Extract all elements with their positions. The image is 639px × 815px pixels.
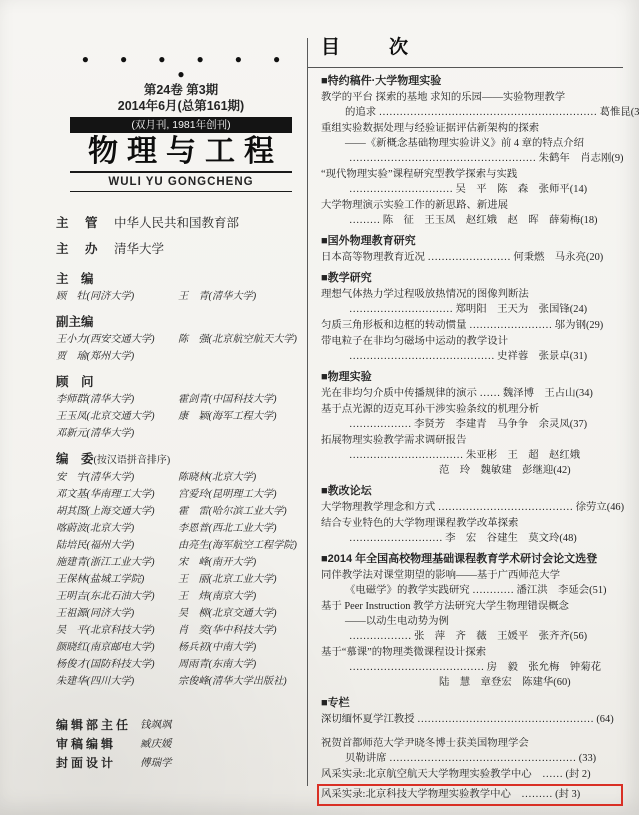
journal-title-pinyin: WULI YU GONGCHENG (70, 171, 292, 192)
member-name: 颜晓红(南京邮电大学) (56, 639, 178, 656)
staff-role-label: 编辑部主任 (56, 716, 140, 735)
member-name: 陈 强(北京航空航天大学) (178, 331, 306, 348)
toc-item: 拓展物理实验教学需求调研报告…………………………… 朱亚彬 王 超 赵红娥范 玲… (321, 433, 623, 478)
toc-line: ……… 陈 征 王玉凤 赵红娥 赵 晖 薛菊梅(18) (349, 213, 623, 228)
toc-item: 重组实验数据处理与经验证据评估新架构的探索——《新概念基础物理实验讲义》前 4 … (321, 121, 623, 166)
toc-item: “现代物理实验”课程研究型教学探索与实践………………………… 吴 平 陈 森 张… (321, 167, 623, 197)
toc-line: 陆 慧 章登宏 陈建华(60) (439, 675, 623, 690)
toc-line: 教学的平台 探索的基地 求知的乐园——实验物理教学 (321, 90, 623, 105)
deputy-editor-label: 副主编 (56, 314, 306, 331)
staff-block: 编辑部主任钱飒飒审稿编辑臧庆媛封面设计傅瑞学 (56, 716, 306, 773)
toc-section-header: ■教改论坛 (321, 483, 623, 499)
toc-section-header: ■2014 年全国高校物理基础课程教育学术研讨会论文选登 (321, 551, 623, 567)
toc-line: …………………………………… 史祥蓉 张景卓(31) (349, 349, 623, 364)
staff-role-label: 封面设计 (56, 754, 140, 773)
member-name: 朱建华(四川大学) (56, 673, 178, 690)
member-name: 康 颖(海军工程大学) (178, 408, 306, 425)
board-label: 编 委 (56, 452, 94, 466)
toc-line: 匀质三角形板和边框的转动惯量 …………………… 邬为钢(29) (321, 318, 623, 333)
toc-line: ……………… 张 萍 齐 薇 王媛平 张齐齐(56) (349, 629, 623, 644)
journal-cover-page: ● ● ● ● ● ● ● 第24卷 第3期 2014年6月(总第161期) (… (0, 0, 639, 815)
member-name: 王小力(西安交通大学) (56, 331, 178, 348)
toc-item: 大学物理演示实验工作的新思路、新进展……… 陈 征 王玉凤 赵红娥 赵 晖 薛菊… (321, 198, 623, 228)
toc-line: 范 玲 魏敏建 彭继迎(42) (439, 463, 623, 478)
member-name: 陆培民(福州大学) (56, 537, 178, 554)
member-name: 喀蔚波(北京大学) (56, 520, 178, 537)
toc-line: ——以动生电动势为例 (345, 614, 623, 629)
toc-item: 基于点光源的迈克耳孙干涉实验条纹的机理分析……………… 李贤芳 李建青 马争争 … (321, 402, 623, 432)
toc-line: 深切缅怀夏学江教授 …………………………………………… (64) (321, 712, 623, 727)
member-name: 王保林(盐城工学院) (56, 571, 178, 588)
organizer-label: 主 办 (56, 236, 114, 262)
organizer-value: 清华大学 (114, 236, 164, 262)
member-name: 李恩普(西北工业大学) (178, 520, 306, 537)
staff-role-label: 审稿编辑 (56, 735, 140, 754)
supervisor-row: 主 管 中华人民共和国教育部 (56, 210, 306, 236)
staff-row: 封面设计傅瑞学 (56, 754, 306, 773)
toc-line: 风采实录:北京科技大学物理实验教学中心 ……… (封 3) (321, 787, 618, 802)
toc-column: 目 次 ■特约稿件·大学物理实验教学的平台 探索的基地 求知的乐园——实验物理教… (321, 36, 623, 806)
staff-name: 钱飒飒 (140, 716, 172, 735)
member-name: 王 青(清华大学) (178, 288, 306, 305)
toc-line: 风采实录:北京航空航天大学物理实验教学中心 …… (封 2) (321, 767, 623, 782)
toc-section-header: ■特约稿件·大学物理实验 (321, 73, 623, 89)
toc-line: 祝贺首都师范大学尹晓冬博士获美国物理学会 (321, 736, 623, 751)
toc-section-header: ■物理实验 (321, 369, 623, 385)
toc-item: 深切缅怀夏学江教授 …………………………………………… (64) (321, 712, 623, 727)
editorial-board-block: 主 编 顾 牡(同济大学)王 青(清华大学) 副主编 王小力(西安交通大学)陈 … (56, 271, 306, 690)
toc-line: 基于“慕课”的物理类微课程设计探索 (321, 645, 623, 660)
member-name: 由亮生(海军航空工程学院) (178, 537, 306, 554)
toc-line: 日本高等物理教育近况 …………………… 何秉燃 马永亮(20) (321, 250, 623, 265)
toc-item: 同伴教学法对课堂期望的影响——基于广西师范大学《电磁学》的教学实践研究 …………… (321, 568, 623, 598)
advisor-list: 李师群(清华大学)霍剑青(中国科技大学)王玉凤(北京交通大学)康 颖(海军工程大… (56, 391, 306, 442)
toc-line: 《电磁学》的教学实践研究 ………… 潘江洪 李延会(51) (345, 583, 623, 598)
supervisor-value: 中华人民共和国教育部 (114, 210, 239, 236)
member-name: 杨兵初(中南大学) (178, 639, 306, 656)
toc-item: 基于“慕课”的物理类微课程设计探索………………………………… 房 毅 张允梅 钟… (321, 645, 623, 690)
member-name: 安 宇(清华大学) (56, 469, 178, 486)
staff-name: 臧庆媛 (140, 735, 172, 754)
member-name: 霍 雷(哈尔滨工业大学) (178, 503, 306, 520)
toc-item: 基于 Peer Instruction 教学方法研究大学生物理错误概念——以动生… (321, 599, 623, 644)
member-name: 宋 峰(南开大学) (178, 554, 306, 571)
toc-section-header: ■教学研究 (321, 270, 623, 286)
toc-line: 基于点光源的迈克耳孙干涉实验条纹的机理分析 (321, 402, 623, 417)
toc-line: “现代物理实验”课程研究型教学探索与实践 (321, 167, 623, 182)
toc-line: 贝勒讲席 ……………………………………………… (33) (345, 751, 623, 766)
board-label-row: 编 委(按汉语拼音排序) (56, 451, 306, 469)
member-name: 王玉凤(北京交通大学) (56, 408, 178, 425)
highlight-box: 风采实录:北京科技大学物理实验教学中心 ……… (封 3) (317, 784, 623, 806)
issue-date: 2014年6月(总第161期) (56, 98, 306, 114)
member-name: 施建青(浙江工业大学) (56, 554, 178, 571)
toc-line: ………………………… 吴 平 陈 森 张师平(14) (349, 182, 623, 197)
member-name: 王明吉(东北石油大学) (56, 588, 178, 605)
supervisor-label: 主 管 (56, 210, 114, 236)
toc-item: 结合专业特色的大学物理课程教学改革探索……………………… 李 宏 谷建生 莫文玲… (321, 516, 623, 546)
toc-item: 祝贺首都师范大学尹晓冬博士获美国物理学会贝勒讲席 ………………………………………… (321, 736, 623, 766)
masthead-column: ● ● ● ● ● ● ● 第24卷 第3期 2014年6月(总第161期) (… (56, 52, 306, 773)
member-name: 吴 柳(北京交通大学) (178, 605, 306, 622)
staff-name: 傅瑞学 (140, 754, 172, 773)
toc-item: 教学的平台 探索的基地 求知的乐园——实验物理教学的追求 ……………………………… (321, 90, 623, 120)
member-name: 陈晓林(北京大学) (178, 469, 306, 486)
member-name: 肖 奕(华中科技大学) (178, 622, 306, 639)
member-name: 宫爱玲(昆明理工大学) (178, 486, 306, 503)
toc-line: ………………………… 郑明阳 王天为 张国锋(24) (349, 302, 623, 317)
member-name: 周雨青(东南大学) (178, 656, 306, 673)
publisher-block: 主 管 中华人民共和国教育部 主 办 清华大学 (56, 210, 306, 262)
member-name: 邓文基(华南理工大学) (56, 486, 178, 503)
toc-line: ……………… 李贤芳 李建青 马争争 余灵凤(37) (349, 417, 623, 432)
member-name: 王 丽(北京工业大学) (178, 571, 306, 588)
toc-item: 光在非均匀介质中传播规律的演示 …… 魏泽博 王占山(34) (321, 386, 623, 401)
toc-line: 带电粒子在非均匀磁场中运动的教学设计 (321, 334, 623, 349)
toc-line: 拓展物理实验教学需求调研报告 (321, 433, 623, 448)
toc-section-header: ■专栏 (321, 695, 623, 711)
member-name: 贾 瑜(郑州大学) (56, 348, 178, 365)
staff-row: 编辑部主任钱飒飒 (56, 716, 306, 735)
staff-row: 审稿编辑臧庆媛 (56, 735, 306, 754)
toc-line: 基于 Peer Instruction 教学方法研究大学生物理错误概念 (321, 599, 623, 614)
toc-line: ……………………………………………… 朱鹤年 肖志刚(9) (349, 151, 623, 166)
toc-title-rule (308, 67, 623, 68)
toc-line: 重组实验数据处理与经验证据评估新架构的探索 (321, 121, 623, 136)
volume-issue: 第24卷 第3期 (56, 82, 306, 98)
toc-line: 理想气体热力学过程吸放热情况的图像判断法 (321, 287, 623, 302)
member-name: 王祖源(同济大学) (56, 605, 178, 622)
toc-line: …………………………… 朱亚彬 王 超 赵红娥 (349, 448, 623, 463)
toc-title: 目 次 (321, 36, 623, 60)
chief-editor-list: 顾 牡(同济大学)王 青(清华大学) (56, 288, 306, 305)
masthead-dots: ● ● ● ● ● ● ● (56, 52, 306, 82)
toc-item: 匀质三角形板和边框的转动惯量 …………………… 邬为钢(29) (321, 318, 623, 333)
toc-item: 日本高等物理教育近况 …………………… 何秉燃 马永亮(20) (321, 250, 623, 265)
journal-title: 物理与工程 (56, 133, 306, 171)
toc-item: 带电粒子在非均匀磁场中运动的教学设计…………………………………… 史祥蓉 张景卓… (321, 334, 623, 364)
toc-line: 大学物理演示实验工作的新思路、新进展 (321, 198, 623, 213)
toc-line: 结合专业特色的大学物理课程教学改革探索 (321, 516, 623, 531)
toc-line: 光在非均匀介质中传播规律的演示 …… 魏泽博 王占山(34) (321, 386, 623, 401)
member-name: 王 炜(南京大学) (178, 588, 306, 605)
toc-item: 理想气体热力学过程吸放热情况的图像判断法………………………… 郑明阳 王天为 张… (321, 287, 623, 317)
toc-item: 大学物理教学理念和方式 ………………………………… 徐劳立(46) (321, 500, 623, 515)
advisor-label: 顾 问 (56, 374, 306, 391)
member-name: 李师群(清华大学) (56, 391, 178, 408)
toc-line: ——《新概念基础物理实验讲义》前 4 章的特点介绍 (345, 136, 623, 151)
member-name: 胡其图(上海交通大学) (56, 503, 178, 520)
toc-line: 大学物理教学理念和方式 ………………………………… 徐劳立(46) (321, 500, 623, 515)
member-name: 邓新元(清华大学) (56, 425, 178, 442)
toc-item: 风采实录:北京航空航天大学物理实验教学中心 …… (封 2) (321, 767, 623, 782)
frequency-bar: (双月刊, 1981年创刊) (70, 117, 292, 133)
toc-line: 同伴教学法对课堂期望的影响——基于广西师范大学 (321, 568, 623, 583)
member-name: 吴 平(北京科技大学) (56, 622, 178, 639)
member-name: 霍剑青(中国科技大学) (178, 391, 306, 408)
toc-line: ………………………………… 房 毅 张允梅 钟菊花 (349, 660, 623, 675)
toc-section-header: ■国外物理教育研究 (321, 233, 623, 249)
board-member-list: 安 宇(清华大学)陈晓林(北京大学)邓文基(华南理工大学)宫爱玲(昆明理工大学)… (56, 469, 306, 690)
board-sort-note: (按汉语拼音排序) (94, 455, 171, 466)
chief-editor-label: 主 编 (56, 271, 306, 288)
organizer-row: 主 办 清华大学 (56, 236, 306, 262)
toc-line: ……………………… 李 宏 谷建生 莫文玲(48) (349, 531, 623, 546)
toc-body: ■特约稿件·大学物理实验教学的平台 探索的基地 求知的乐园——实验物理教学的追求… (321, 73, 623, 806)
toc-line: 的追求 ……………………………………………………… 葛惟昆(3) (345, 105, 623, 120)
deputy-editor-list: 王小力(西安交通大学)陈 强(北京航空航天大学)贾 瑜(郑州大学) (56, 331, 306, 365)
member-name: 杨俊才(国防科技大学) (56, 656, 178, 673)
column-divider (307, 38, 308, 786)
member-name: 顾 牡(同济大学) (56, 288, 178, 305)
member-name: 宗俊峰(清华大学出版社) (178, 673, 306, 690)
